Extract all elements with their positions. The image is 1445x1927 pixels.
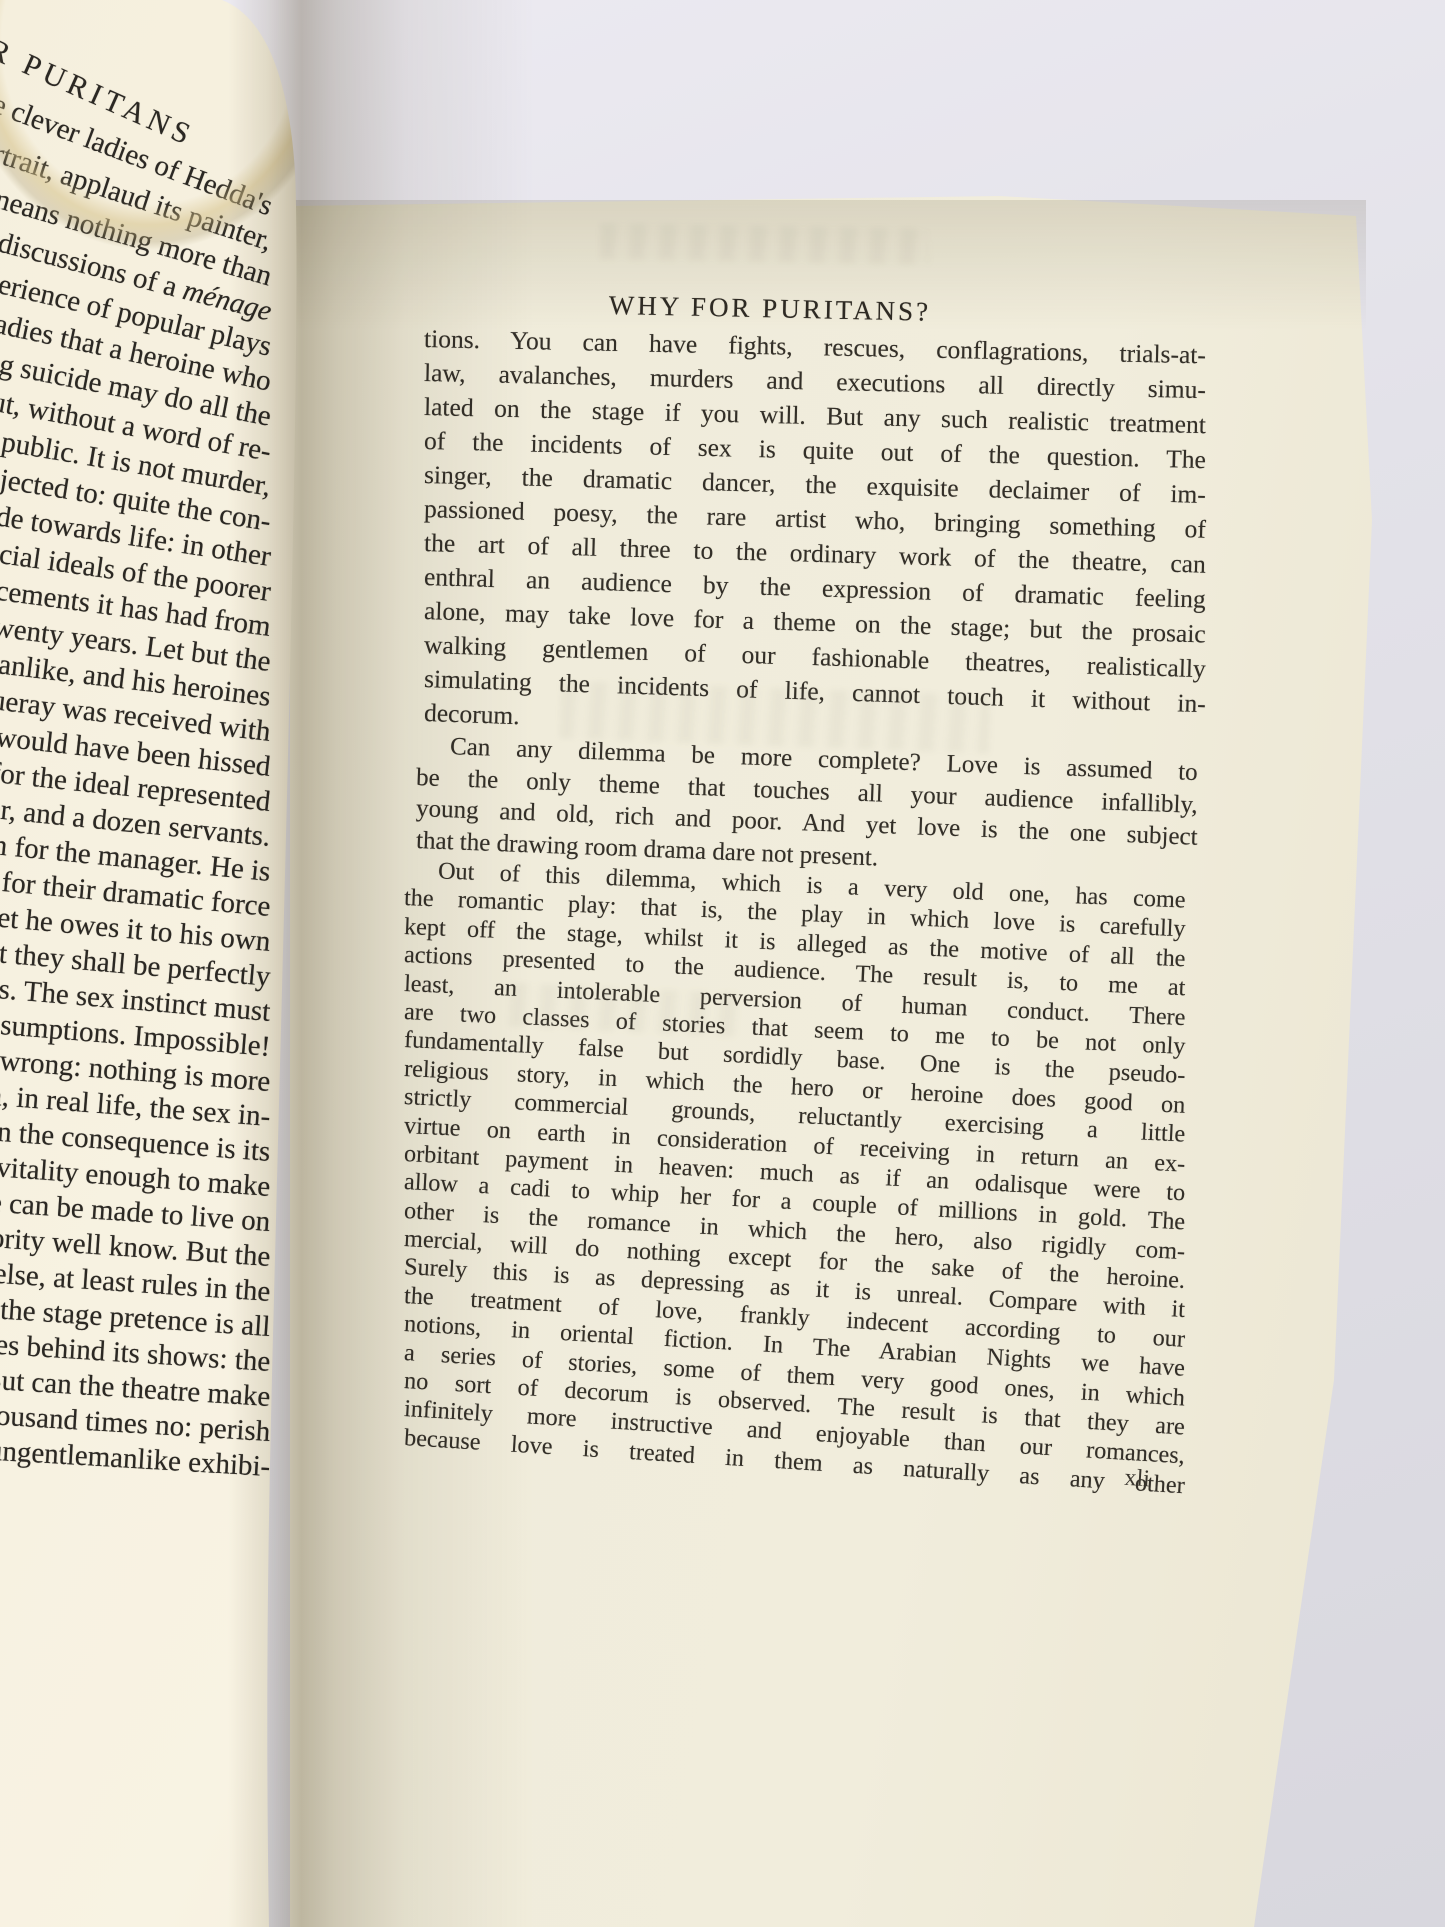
paragraph: Out of this dilemma, which is a very old… [404,856,1186,1452]
paragraph: tions. You can have fights, rescues, con… [424,322,1206,730]
open-book-photo: WHY FOR PURITANS? tions. You can have fi… [0,0,1445,1927]
right-page-text-column: tions. You can have fights, rescues, con… [424,322,1206,1452]
left-page-lines: by the clever ladies of Hedda'se portrai… [0,190,270,1485]
left-page-text-column: S FOR PURITANS by the clever ladies of H… [0,155,270,1485]
bleed-through-ghost [600,223,931,265]
